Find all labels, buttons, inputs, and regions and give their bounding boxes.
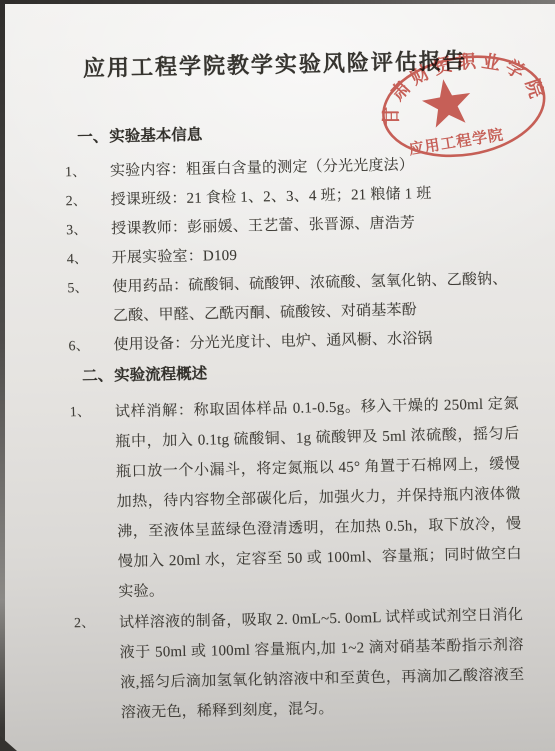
paper-sheet: 应用工程学院教学实验风险评估报告 甘肃财贸职业学院 应用工程学院 一、 实验基本… (5, 4, 555, 751)
section-1-number: 一、 (64, 126, 109, 149)
photo-edge-left (0, 0, 5, 751)
section-1-title: 实验基本信息 (109, 125, 202, 149)
section-2-title: 实验流程概述 (114, 363, 207, 387)
item-text: 试样溶液的制备，吸取 2. 0mL~5. 0omL 试样或试剂空日消化液于 50… (119, 600, 525, 728)
item-number: 5、 (67, 273, 113, 303)
item-number: 4、 (67, 244, 113, 274)
document-page: 应用工程学院教学实验风险评估报告 甘肃财贸职业学院 应用工程学院 一、 实验基本… (0, 0, 555, 751)
section-2-number: 二、 (69, 365, 114, 388)
photo-corner-bottom-left (0, 736, 17, 751)
item-number: 1、 (70, 397, 116, 428)
paragraph-item: 2、 试样溶液的制备，吸取 2. 0mL~5. 0omL 试样或试剂空日消化液于… (74, 600, 525, 729)
item-number: 3、 (66, 215, 112, 245)
section-2-heading: 二、 实验流程概述 (69, 357, 518, 388)
item-text: 使用药品：硫酸铜、硫酸钾、浓硫酸、氢氧化钠、乙酸钠、乙酸、甲醛、乙酰丙酮、硫酸铵… (112, 265, 517, 331)
section-1-heading: 一、 实验基本信息 (64, 111, 513, 149)
document-body: 一、 实验基本信息 1、 实验内容：粗蛋白含量的测定（分光光度法） 2、 授课班… (64, 111, 525, 730)
paragraph-item: 1、 试样消解：称取固体样品 0.1-0.5g。移入干燥的 250ml 定氮瓶中… (70, 389, 523, 608)
list-item: 5、 使用药品：硫酸铜、硫酸钾、浓硫酸、氢氧化钠、乙酸钠、乙酸、甲醛、乙酰丙酮、… (67, 265, 517, 332)
item-number: 1、 (65, 157, 111, 187)
item-number: 6、 (68, 331, 114, 361)
photo-edge-top (0, 0, 555, 4)
item-number: 2、 (65, 186, 111, 216)
item-text: 试样消解：称取固体样品 0.1-0.5g。移入干燥的 250ml 定氮瓶中，加入… (115, 389, 523, 607)
item-number: 2、 (74, 608, 120, 639)
